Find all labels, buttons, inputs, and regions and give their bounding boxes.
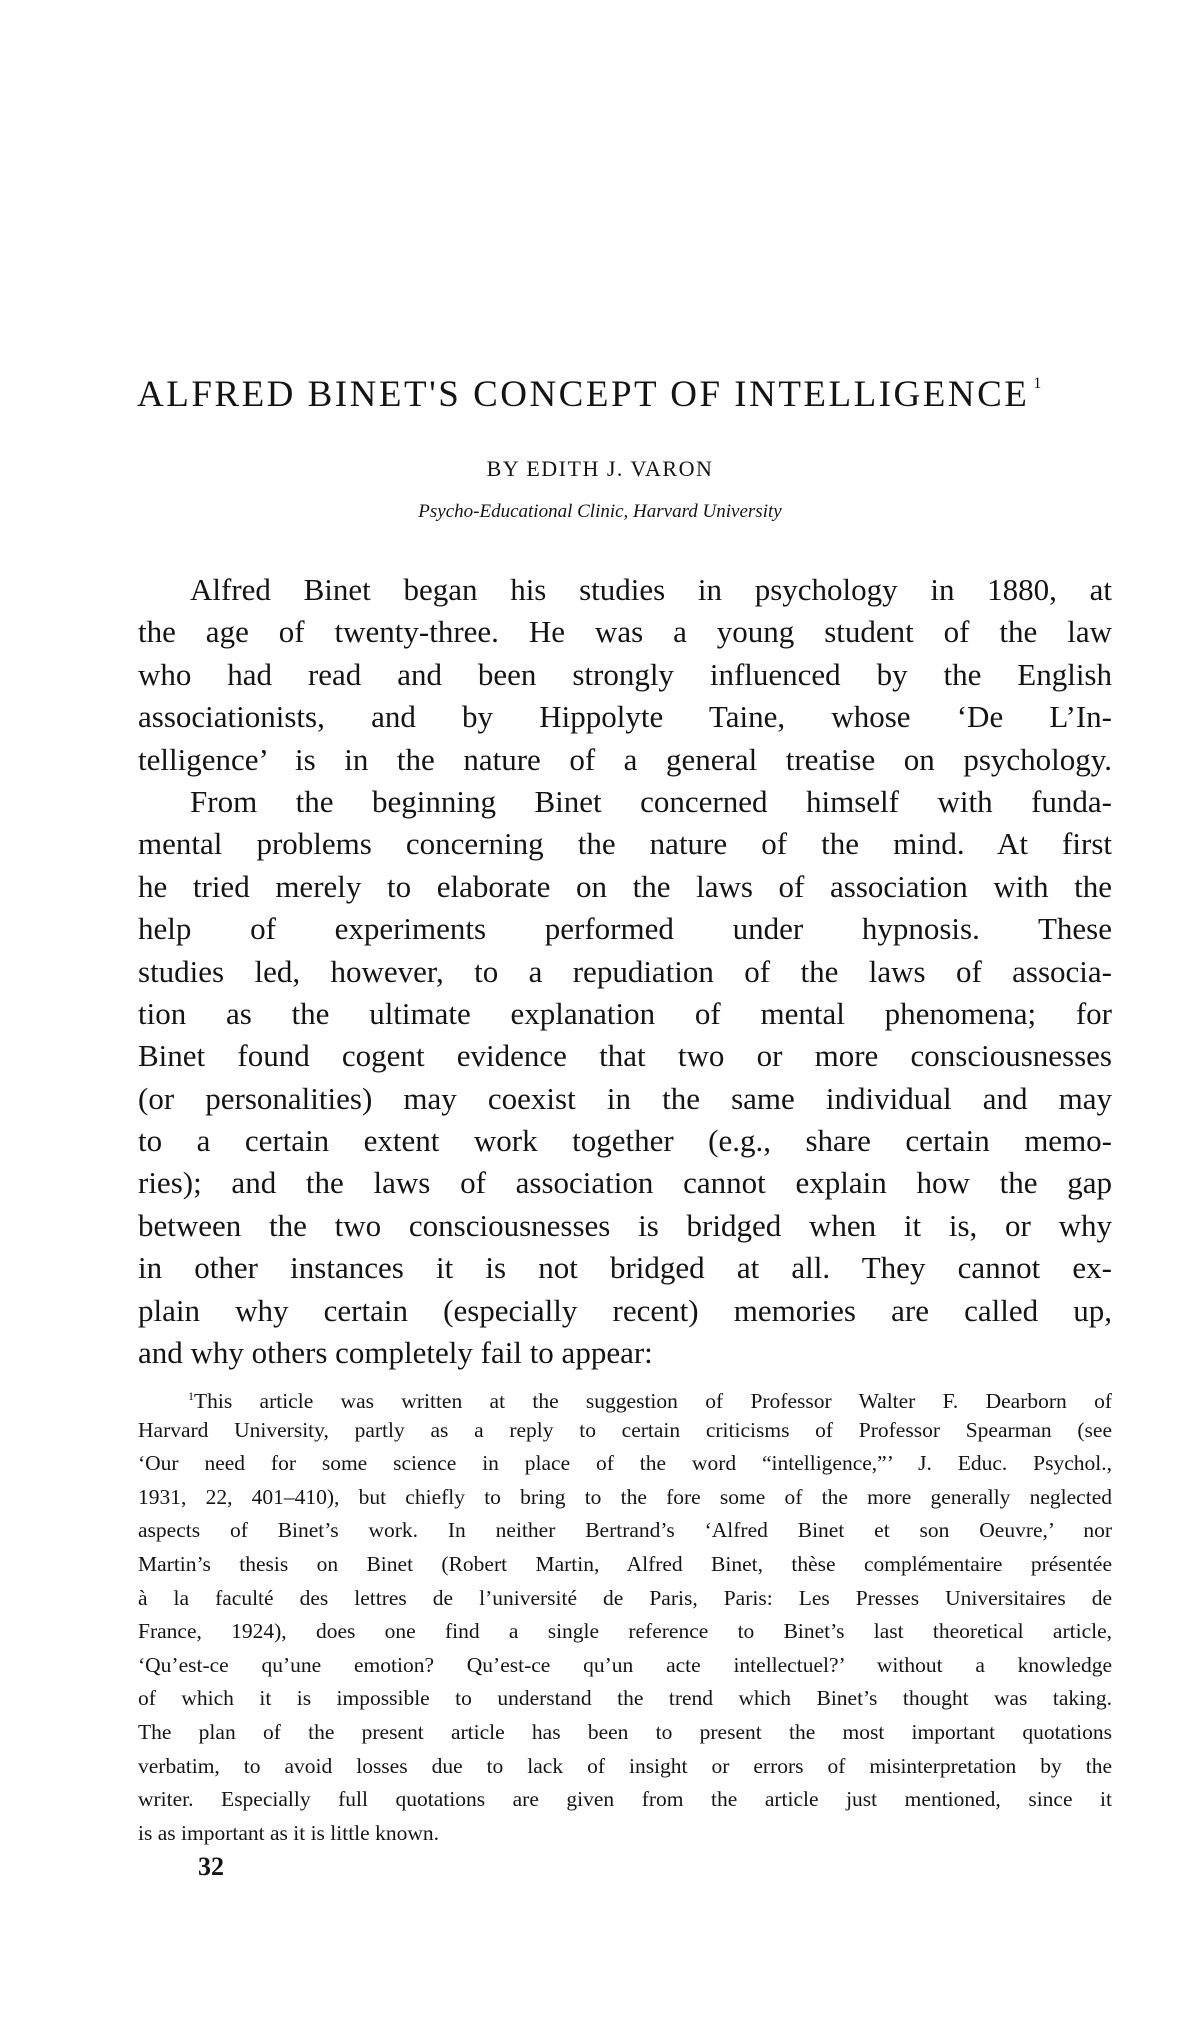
body-line: the age of twenty-three. He was a young …	[138, 611, 1112, 653]
footnote-line: 1931, 22, 401–410), but chiefly to bring…	[138, 1481, 1112, 1515]
author-byline: BY EDITH J. VARON	[0, 454, 1200, 484]
footnote: 1This article was written at the suggest…	[138, 1380, 1112, 1850]
body-paragraphs: Alfred Binet began his studies in psycho…	[138, 569, 1112, 1374]
body-line: ries); and the laws of association canno…	[138, 1162, 1112, 1204]
footnote-line: Harvard University, partly as a reply to…	[138, 1414, 1112, 1448]
footnote-line: The plan of the present article has been…	[138, 1716, 1112, 1750]
body-line: mental problems concerning the nature of…	[138, 823, 1112, 865]
footnote-line: à la faculté des lettres de l’université…	[138, 1582, 1112, 1616]
footnote-line-text: This article was written at the suggesti…	[194, 1389, 1112, 1413]
body-line: From the beginning Binet concerned himse…	[138, 781, 1112, 823]
document-page: ALFRED BINET'S CONCEPT OF INTELLIGENCE1 …	[0, 0, 1200, 2041]
footnote-line: ‘Our need for some science in place of t…	[138, 1447, 1112, 1481]
footnote-line: is as important as it is little known.	[138, 1817, 1112, 1851]
body-line: Binet found cogent evidence that two or …	[138, 1035, 1112, 1077]
title-footnote-marker: 1	[1033, 375, 1044, 392]
article-title-text: ALFRED BINET'S CONCEPT OF INTELLIGENCE	[137, 374, 1029, 415]
body-line: telligence’ is in the nature of a genera…	[138, 739, 1112, 781]
footnote-line: aspects of Binet’s work. In neither Bert…	[138, 1514, 1112, 1548]
author-affiliation: Psycho-Educational Clinic, Harvard Unive…	[0, 498, 1200, 526]
article-title: ALFRED BINET'S CONCEPT OF INTELLIGENCE1	[137, 362, 1112, 417]
body-line: plain why certain (especially recent) me…	[138, 1290, 1112, 1332]
page-number: 32	[198, 1852, 224, 1882]
body-line: he tried merely to elaborate on the laws…	[138, 866, 1112, 908]
footnote-line: verbatim, to avoid losses due to lack of…	[138, 1750, 1112, 1784]
body-line: between the two consciousnesses is bridg…	[138, 1205, 1112, 1247]
body-line: to a certain extent work together (e.g.,…	[138, 1120, 1112, 1162]
footnote-line: ‘Qu’est-ce qu’une emotion? Qu’est-ce qu’…	[138, 1649, 1112, 1683]
footnote-line: 1This article was written at the suggest…	[138, 1380, 1112, 1414]
footnote-line: France, 1924), does one find a single re…	[138, 1615, 1112, 1649]
body-line: who had read and been strongly influence…	[138, 654, 1112, 696]
footnote-line: Martin’s thesis on Binet (Robert Martin,…	[138, 1548, 1112, 1582]
footnote-line: writer. Especially full quotations are g…	[138, 1783, 1112, 1817]
body-line: help of experiments performed under hypn…	[138, 908, 1112, 950]
body-line: associationists, and by Hippolyte Taine,…	[138, 696, 1112, 738]
body-line: studies led, however, to a repudiation o…	[138, 951, 1112, 993]
body-line: Alfred Binet began his studies in psycho…	[138, 569, 1112, 611]
footnote-line: of which it is impossible to understand …	[138, 1682, 1112, 1716]
body-line: tion as the ultimate explanation of ment…	[138, 993, 1112, 1035]
body-line: and why others completely fail to appear…	[138, 1332, 1112, 1374]
body-line: in other instances it is not bridged at …	[138, 1247, 1112, 1289]
body-line: (or personalities) may coexist in the sa…	[138, 1078, 1112, 1120]
